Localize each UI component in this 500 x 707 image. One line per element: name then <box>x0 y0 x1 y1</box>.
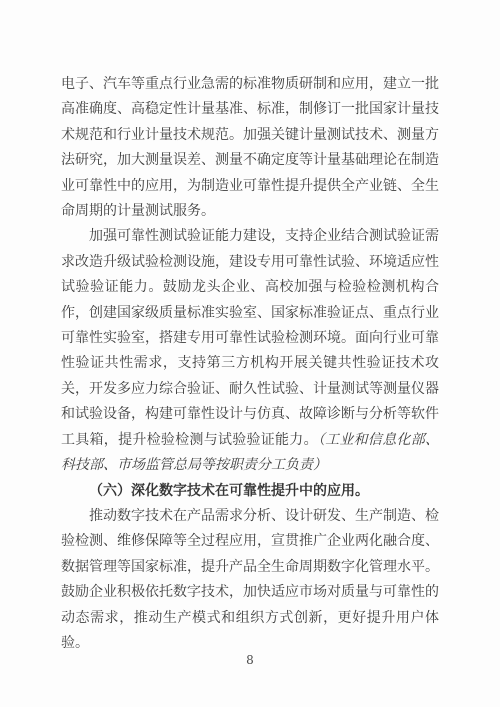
document-page: 电子、汽车等重点行业急需的标准物质研制和应用，建立一批高准确度、高稳定性计量基准… <box>0 0 500 707</box>
paragraph-metrology: 电子、汽车等重点行业急需的标准物质研制和应用，建立一批高准确度、高稳定性计量基准… <box>61 72 439 224</box>
paragraph-digital-technology: 推动数字技术在产品需求分析、设计研发、生产制造、检验检测、维修保障等全过程应用，… <box>61 504 439 656</box>
page-number: 8 <box>0 653 500 667</box>
page-body: 电子、汽车等重点行业急需的标准物质研制和应用，建立一批高准确度、高稳定性计量基准… <box>61 72 439 656</box>
section-heading-6: （六）深化数字技术在可靠性提升中的应用。 <box>61 479 439 504</box>
paragraph-testing-verification: 加强可靠性测试验证能力建设，支持企业结合测试验证需求改造升级试验检测设施，建设专… <box>61 224 439 478</box>
paragraph-testing-verification-text: 加强可靠性测试验证能力建设，支持企业结合测试验证需求改造升级试验检测设施，建设专… <box>61 228 439 447</box>
